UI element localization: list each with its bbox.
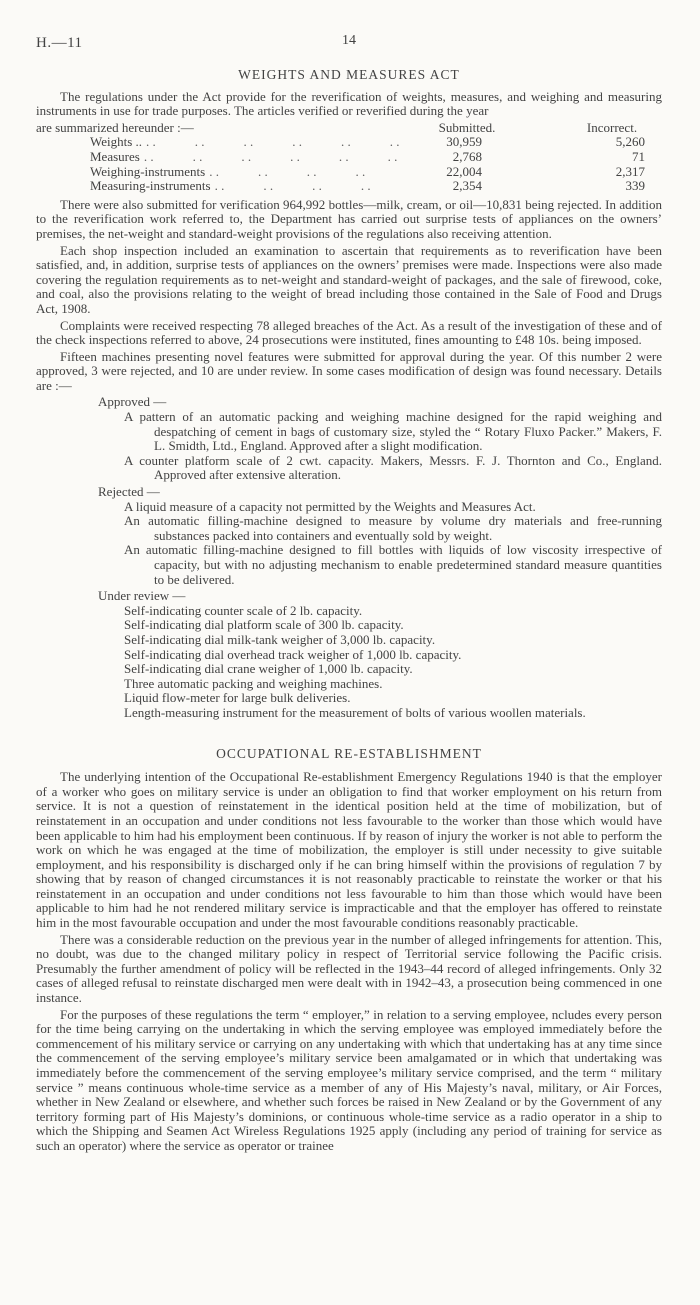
under-review-label: Under review — [98,589,662,604]
row-label: Measuring-instruments [90,179,211,194]
table-row-weights: Weights .. . . . . . . . . . . . . 30,95… [90,135,662,150]
submitted-value: 2,768 [402,150,482,165]
approved-label: Approved — [98,395,662,410]
column-header-submitted: Submitted. [412,121,522,136]
table-row-weighing-instruments: Weighing-instruments . . . . . . . . . .… [90,165,662,180]
paragraph-bottles: There were also submitted for verificati… [36,198,662,242]
list-item: Three automatic packing and weighing mac… [124,677,662,692]
verification-table: Weights .. . . . . . . . . . . . . 30,95… [36,135,662,193]
list-item: Self-indicating dial platform scale of 3… [124,618,662,633]
incorrect-value: 339 [482,179,662,194]
rejected-label: Rejected — [98,485,662,500]
incorrect-value: 5,260 [482,135,662,150]
leader-dots: . . . . . . . . . . . . [142,135,402,150]
approved-list: Approved — A pattern of an automatic pac… [36,395,662,483]
list-item: Self-indicating counter scale of 2 lb. c… [124,604,662,619]
table-column-headers: are summarized hereunder :— Submitted. I… [36,121,662,136]
intro-tail-text: are summarized hereunder :— [36,121,194,136]
row-label: Measures [90,150,140,165]
table-row-measures: Measures . . . . . . . . . . . . 2,768 7… [90,150,662,165]
list-item: Liquid flow-meter for large bulk deliver… [124,691,662,706]
under-review-list: Under review — Self-indicating counter s… [36,589,662,720]
row-label: Weighing-instruments [90,165,205,180]
page-header: H.—11 14 [36,36,662,54]
leader-dots: . . . . . . . . . . . . [140,150,402,165]
list-item: Self-indicating dial crane weigher of 1,… [124,662,662,677]
table-row-measuring-instruments: Measuring-instruments . . . . . . . . . … [90,179,662,194]
submitted-value: 2,354 [402,179,482,194]
leader-dots: . . . . . . . . . . . . [211,179,402,194]
incorrect-value: 71 [482,150,662,165]
column-header-incorrect: Incorrect. [572,121,662,136]
list-item: A liquid measure of a capacity not permi… [124,500,662,515]
row-label: Weights .. [90,135,142,150]
page-number: 14 [36,34,662,49]
list-item: Length-measuring instrument for the meas… [124,706,662,721]
paragraph-underlying-intention: The underlying intention of the Occupati… [36,770,662,931]
paragraph-reduction: There was a considerable reduction on th… [36,933,662,1006]
list-item: An automatic filling-machine designed to… [124,543,662,587]
paragraph-shop-inspection: Each shop inspection included an examina… [36,244,662,317]
document-page: H.—11 14 WEIGHTS AND MEASURES ACT The re… [0,0,700,1305]
paragraph-complaints: Complaints were received respecting 78 a… [36,319,662,348]
list-item: A pattern of an automatic packing and we… [124,410,662,454]
paragraph-definitions: For the purposes of these regulations th… [36,1008,662,1154]
section-title-weights-measures: WEIGHTS AND MEASURES ACT [36,68,662,83]
paragraph-intro: The regulations under the Act provide fo… [36,90,662,119]
section-title-occupational: OCCUPATIONAL RE-ESTABLISHMENT [36,747,662,762]
list-item: Self-indicating dial milk-tank weigher o… [124,633,662,648]
submitted-value: 30,959 [402,135,482,150]
leader-dots: . . . . . . . . . . . . [205,165,402,180]
list-item: Self-indicating dial overhead track weig… [124,648,662,663]
incorrect-value: 2,317 [482,165,662,180]
list-item: An automatic filling-machine designed to… [124,514,662,543]
submitted-value: 22,004 [402,165,482,180]
paragraph-machines: Fifteen machines presenting novel featur… [36,350,662,394]
rejected-list: Rejected — A liquid measure of a capacit… [36,485,662,587]
list-item: A counter platform scale of 2 cwt. capac… [124,454,662,483]
